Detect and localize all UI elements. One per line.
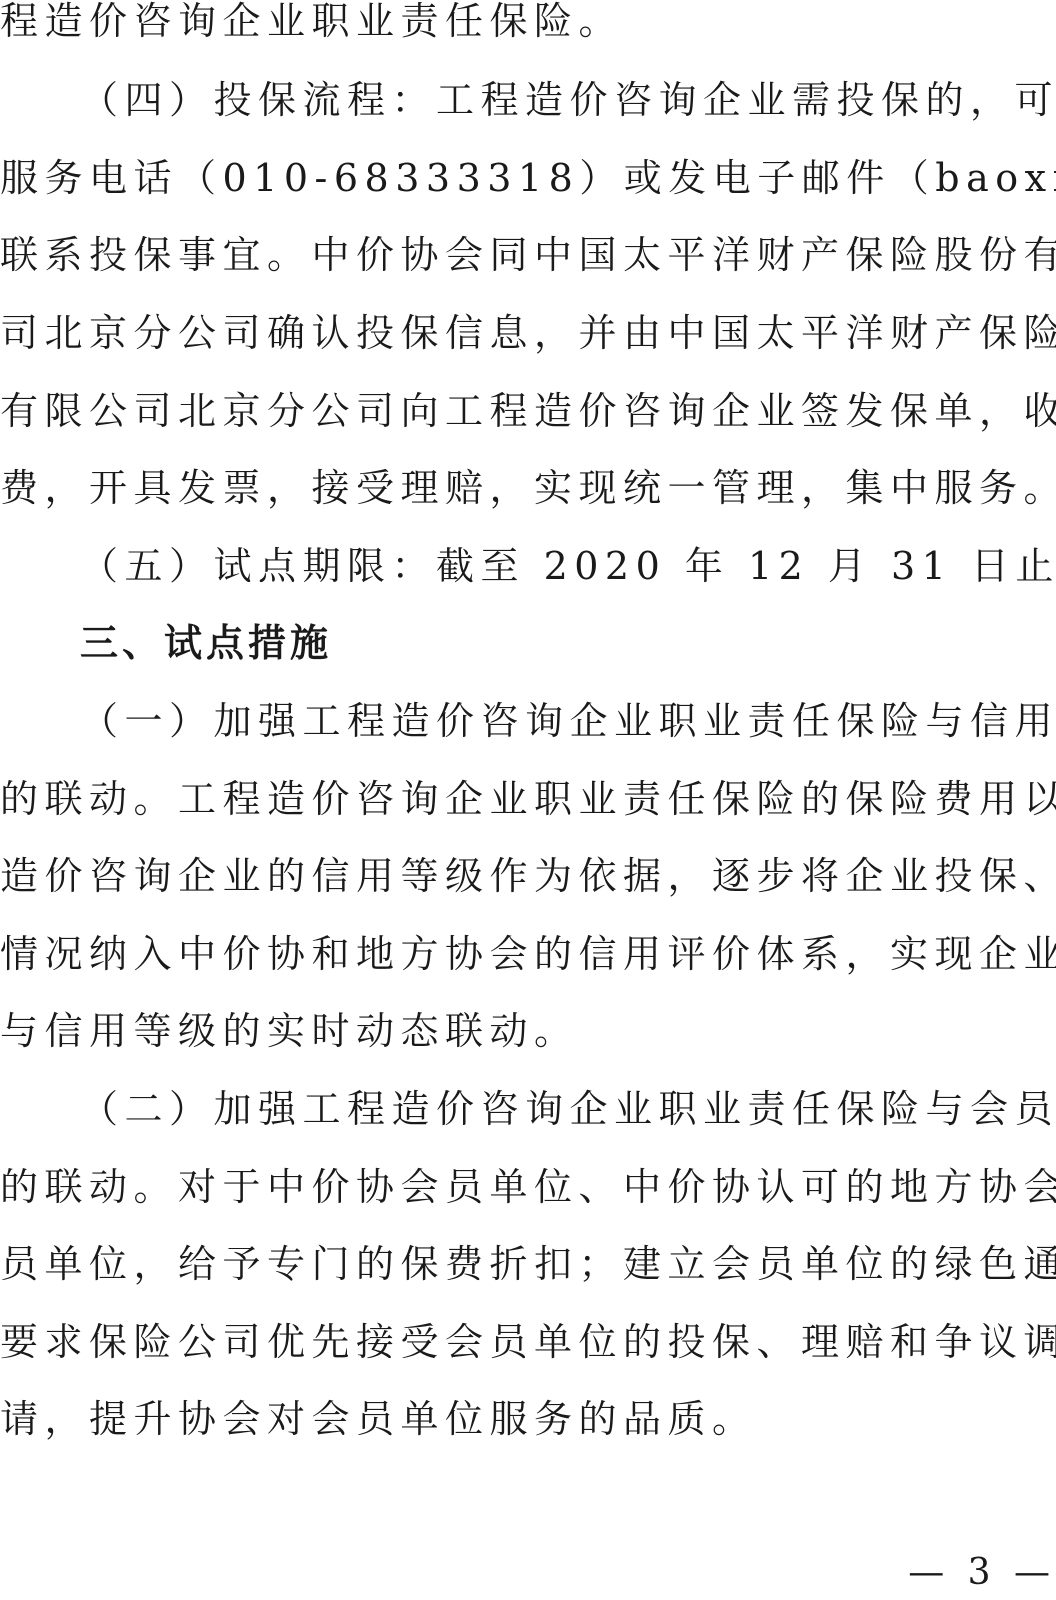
line-measure-two-body-3: 要求保险公司优先接受会员单位的投保、理赔和争议调解申: [0, 1315, 1056, 1369]
line-unified-management: 费，开具发票，接受理赔，实现统一管理，集中服务。: [0, 461, 1056, 515]
line-measure-two-body-2: 员单位，给予专门的保费折扣；建立会员单位的绿色通道，: [0, 1237, 1056, 1291]
line-application-process: （四）投保流程：工程造价咨询企业需投保的，可拨打: [0, 73, 1056, 127]
section-heading-pilot-measures: 三、试点措施: [0, 616, 1056, 670]
line-insurance-ending: 程造价咨询企业职业责任保险。: [0, 0, 1056, 48]
line-measure-two-title: （二）加强工程造价咨询企业职业责任保险与会员服务: [0, 1082, 1056, 1136]
page-number: — 3 —: [908, 1546, 1056, 1600]
document-page: 程造价咨询企业职业责任保险。 （四）投保流程：工程造价咨询企业需投保的，可拨打 …: [0, 0, 1056, 1600]
line-measure-one-title: （一）加强工程造价咨询企业职业责任保险与信用评价: [0, 694, 1056, 748]
line-contact-phone-email: 服务电话（010-68333318）或发电子邮件（baoxian@ccea.pr…: [0, 151, 1056, 205]
line-contact-matters: 联系投保事宜。中价协会同中国太平洋财产保险股份有限公: [0, 228, 1056, 282]
line-measure-two-body-4: 请，提升协会对会员单位服务的品质。: [0, 1392, 1056, 1446]
line-measure-one-body-1: 的联动。工程造价咨询企业职业责任保险的保险费用以工程: [0, 772, 1056, 826]
line-measure-two-body-1: 的联动。对于中价协会员单位、中价协认可的地方协会的会: [0, 1160, 1056, 1214]
line-measure-one-body-4: 与信用等级的实时动态联动。: [0, 1004, 1056, 1058]
line-measure-one-body-2: 造价咨询企业的信用等级作为依据，逐步将企业投保、理赔: [0, 849, 1056, 903]
line-issue-policy: 有限公司北京分公司向工程造价咨询企业签发保单，收取保: [0, 384, 1056, 438]
line-measure-one-body-3: 情况纳入中价协和地方协会的信用评价体系，实现企业投保: [0, 927, 1056, 981]
line-confirm-info: 司北京分公司确认投保信息，并由中国太平洋财产保险股份: [0, 306, 1056, 360]
line-pilot-period: （五）试点期限：截至 2020 年 12 月 31 日止。: [0, 539, 1056, 593]
